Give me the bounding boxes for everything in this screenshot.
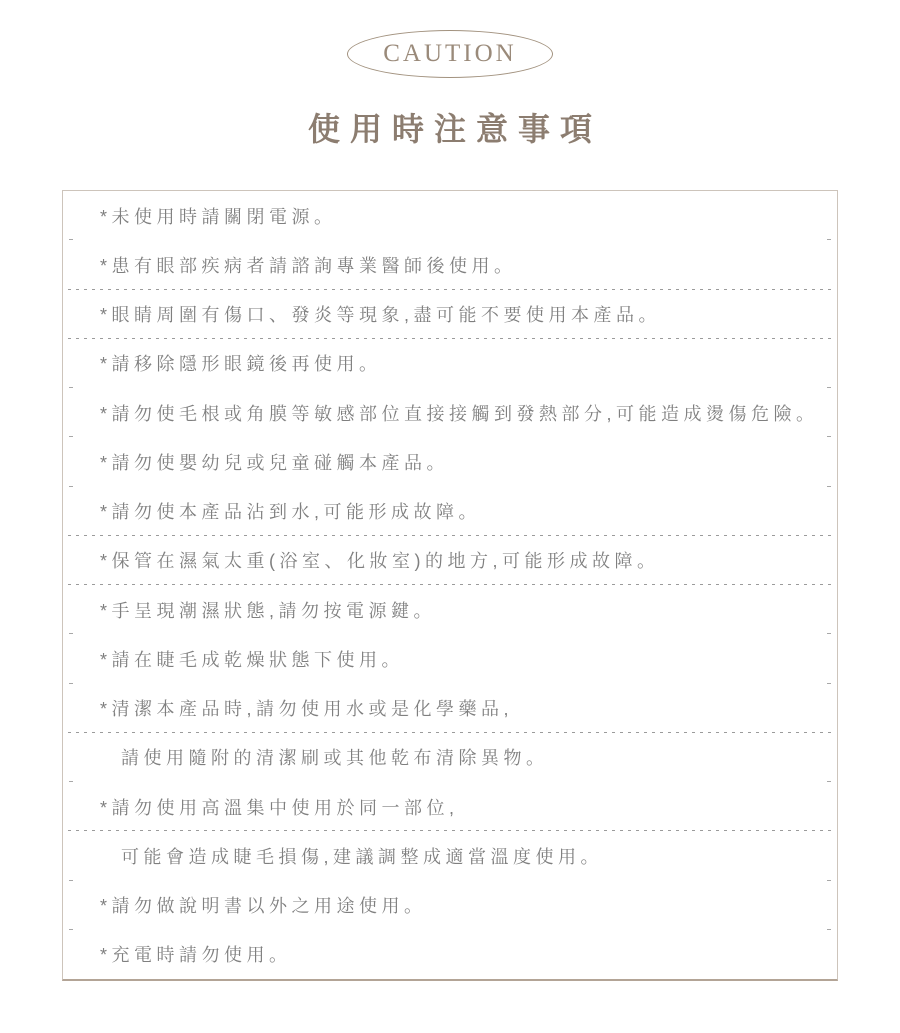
note-text: *請勿使用高溫集中使用於同一部位, (63, 794, 459, 820)
note-text: 請使用隨附的清潔刷或其他乾布清除異物。 (63, 744, 549, 770)
note-item: *請勿做說明書以外之用途使用。 (63, 881, 837, 930)
note-item: *患有眼部疾病者請諮詢專業醫師後使用。 (63, 240, 837, 289)
page-title: 使用時注意事項 (0, 104, 900, 150)
note-item: *充電時請勿使用。 (63, 930, 837, 979)
note-item: 請使用隨附的清潔刷或其他乾布清除異物。 (63, 733, 837, 782)
note-item: 可能會造成睫毛損傷,建議調整成適當溫度使用。 (63, 831, 837, 880)
note-item: *手呈現潮濕狀態,請勿按電源鍵。 (63, 585, 837, 634)
note-text: 可能會造成睫毛損傷,建議調整成適當溫度使用。 (63, 843, 603, 869)
note-item: *請勿使毛根或角膜等敏感部位直接接觸到發熱部分,可能造成燙傷危險。 (63, 388, 837, 437)
caution-badge: CAUTION (347, 30, 553, 78)
note-text: *請在睫毛成乾燥狀態下使用。 (63, 646, 404, 672)
note-text: *眼睛周圍有傷口、發炎等現象,盡可能不要使用本產品。 (63, 301, 661, 327)
note-text: *未使用時請關閉電源。 (63, 203, 337, 229)
note-text: *請勿使毛根或角膜等敏感部位直接接觸到發熱部分,可能造成燙傷危險。 (63, 400, 819, 426)
notes-box: *未使用時請關閉電源。 *患有眼部疾病者請諮詢專業醫師後使用。 *眼睛周圍有傷口… (62, 190, 838, 981)
note-item: *保管在濕氣太重(浴室、化妝室)的地方,可能形成故障。 (63, 536, 837, 585)
note-text: *請勿使本產品沾到水,可能形成故障。 (63, 498, 481, 524)
note-item: *未使用時請關閉電源。 (63, 191, 837, 240)
note-text: *請移除隱形眼鏡後再使用。 (63, 350, 382, 376)
note-text: *充電時請勿使用。 (63, 941, 292, 967)
note-item: *請移除隱形眼鏡後再使用。 (63, 339, 837, 388)
note-text: *保管在濕氣太重(浴室、化妝室)的地方,可能形成故障。 (63, 547, 660, 573)
note-item: *清潔本產品時,請勿使用水或是化學藥品, (63, 684, 837, 733)
note-item: *請勿使嬰幼兒或兒童碰觸本產品。 (63, 437, 837, 486)
caution-badge-label: CAUTION (383, 40, 517, 68)
note-text: *請勿使嬰幼兒或兒童碰觸本產品。 (63, 449, 449, 475)
note-item: *請在睫毛成乾燥狀態下使用。 (63, 634, 837, 683)
note-item: *請勿使用高溫集中使用於同一部位, (63, 782, 837, 831)
note-item: *請勿使本產品沾到水,可能形成故障。 (63, 487, 837, 536)
note-item: *眼睛周圍有傷口、發炎等現象,盡可能不要使用本產品。 (63, 290, 837, 339)
note-text: *清潔本產品時,請勿使用水或是化學藥品, (63, 695, 513, 721)
note-text: *患有眼部疾病者請諮詢專業醫師後使用。 (63, 252, 517, 278)
note-text: *請勿做說明書以外之用途使用。 (63, 892, 427, 918)
caution-notice-page: CAUTION 使用時注意事項 *未使用時請關閉電源。 *患有眼部疾病者請諮詢專… (0, 0, 900, 1033)
note-text: *手呈現潮濕狀態,請勿按電源鍵。 (63, 597, 436, 623)
